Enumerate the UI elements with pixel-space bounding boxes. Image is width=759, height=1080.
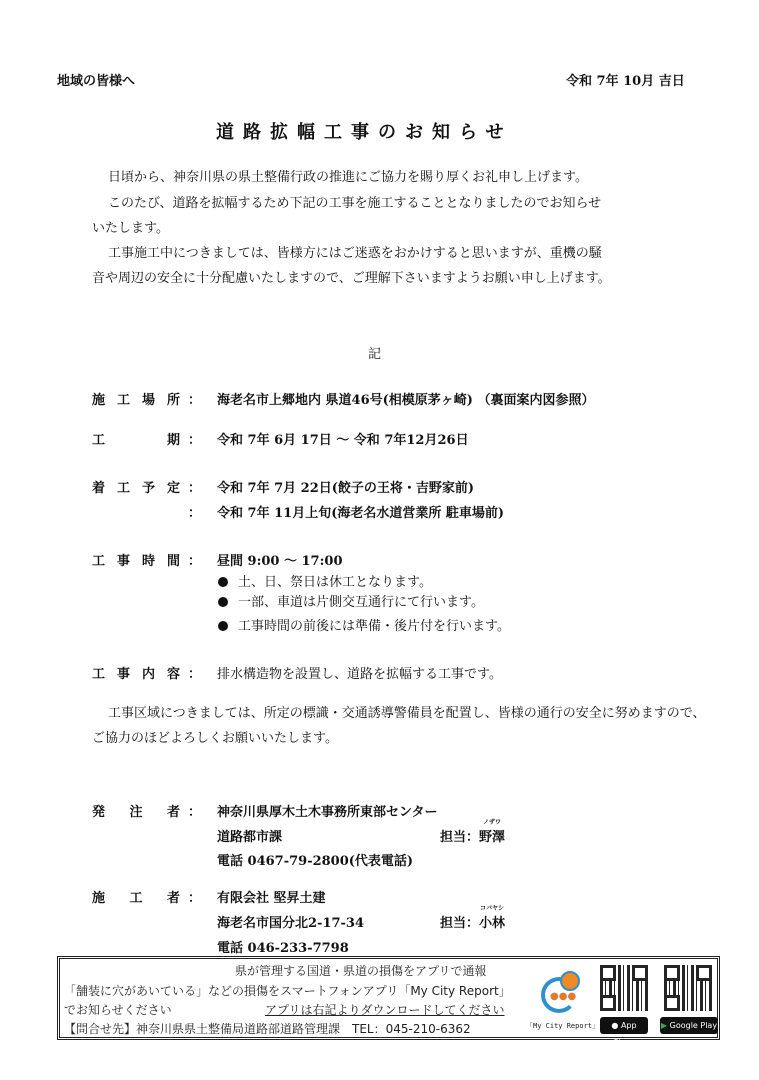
hours-bullet-2: 一部、車道は片側交互通行にて行います。 [218,591,484,610]
orderer-phone: 電話 0467-79-2800(代表電話) [217,850,413,869]
hours-bullet-3: 工事時間の前後には準備・後片付を行います。 [218,615,510,634]
detail-content: 工事内容 ： 排水構造物を設置し、道路を拡幅する工事です。 [92,663,712,682]
location-value: 海老名市上郷地内 県道46号(相模原茅ヶ崎) （裏面案内図参照） [217,389,594,408]
intro-line-1: 日頃から、神奈川県の県土整備行政の推進にご協力を賜り厚くお礼申し上げます。 [108,166,588,185]
contractor-org: 有限会社 堅昇土建 [217,887,326,906]
banner-heading: 県が管理する国道・県道の損傷をアプリで通報 [235,962,487,979]
content-value: 排水構造物を設置し、道路を拡幅する工事です。 [217,663,502,682]
colon: ： [188,801,201,820]
intro-line-2: このたび、道路を拡幅するため下記の工事を施工することとなりましたのでお知らせ [108,192,601,211]
google-play-button[interactable]: ▶ Google Play [660,1017,718,1034]
colon: ： [188,429,201,448]
issue-date: 令和 7年 10月 吉日 [566,70,685,89]
location-label: 施工場所 [92,389,180,408]
orderer-dept: 道路都市課 [217,826,282,845]
hours-value: 昼間 9:00 ～ 17:00 [217,550,343,569]
orderer-label: 発注者 [92,801,180,820]
contact-name-text: 野澤 [479,830,505,845]
qr-code-google-play-icon[interactable] [664,965,712,1011]
app-report-banner: 県が管理する国道・県道の損傷をアプリで通報 「舗装に穴があいている」などの損傷を… [57,956,720,1040]
bullet-text: 一部、車道は片側交互通行にて行います。 [238,595,484,610]
closing-line-1: 工事区域につきましては、所定の標識・交通誘導警備員を配置し、皆様の通行の安全に努… [108,702,705,721]
start-label: 着工予定 [92,477,180,496]
apple-icon: ● [611,1021,618,1030]
play-icon: ▶ [661,1021,667,1030]
contractor-label: 施工者 [92,887,180,906]
colon: ： [188,887,201,906]
hours-label: 工事時間 [92,550,180,569]
contractor-phone: 電話 046-233-7798 [217,937,349,956]
app-name: 「My City Report」 [526,1021,599,1031]
intro-line-5: 音や周辺の安全に十分配慮いたしますので、ご理解下さいますようお願い申し上げます。 [92,267,611,286]
contractor-address: 海老名市国分北2-17-34 [217,912,364,931]
intro-line-3: いたします。 [92,217,169,236]
contractor-contact: 担当：コバヤシ小林 [440,912,505,931]
closing-line-2: ご協力のほどよろしくお願いいたします。 [92,727,338,746]
orderer-contact: 担当：ノザワ野澤 [440,826,505,845]
banner-contact: 【問合せ先】神奈川県県土整備局道路部道路管理課 TEL：045-210-6362 [64,1020,471,1037]
contact-name: ノザワ野澤 [479,826,505,845]
contact-name: コバヤシ小林 [479,912,505,931]
contact-name-text: 小林 [479,916,505,931]
bullet-icon [218,621,228,631]
orderer-block: 発注者 ： 神奈川県厚木土木事務所東部センター [92,801,712,820]
intro-line-4: 工事施工中につきましては、皆様方にはご迷惑をおかけすると思いますが、重機の騒 [108,242,602,261]
banner-line-2a: でお知らせください [64,1001,172,1018]
detail-start: 着工予定 ： 令和 7年 7月 22日(餃子の王将・吉野家前) [92,477,712,496]
contact-ruby: ノザワ [479,817,505,826]
content-label: 工事内容 [92,663,180,682]
ki-heading: 記 [368,343,381,362]
detail-hours: 工事時間 ： 昼間 9:00 ～ 17:00 [92,550,712,569]
start-value-1: 令和 7年 7月 22日(餃子の王将・吉野家前) [217,477,474,496]
app-store-button[interactable]: ● App Store [600,1017,648,1034]
contact-label: 担当： [440,916,479,931]
bullet-text: 工事時間の前後には準備・後片付を行います。 [238,619,510,634]
colon: ： [188,502,201,521]
bullet-icon [218,577,228,587]
people-icon: ●●● [550,991,576,1002]
detail-period: 工期 ： 令和 7年 6月 17日 ～ 令和 7年12月26日 [92,429,712,448]
period-value: 令和 7年 6月 17日 ～ 令和 7年12月26日 [217,429,469,448]
qr-code-app-store-icon[interactable] [600,965,648,1011]
period-label: 工期 [92,429,180,448]
bullet-text: 土、日、祭日は休工となります。 [238,575,432,590]
contact-label: 担当： [440,830,479,845]
banner-line-1: 「舗装に穴があいている」などの損傷をスマートフォンアプリ「My City Rep… [64,982,511,999]
bullet-icon [218,597,228,607]
hours-bullet-1: 土、日、祭日は休工となります。 [218,571,432,590]
app-badge-icon [560,971,580,991]
orderer-org: 神奈川県厚木土木事務所東部センター [217,801,437,820]
colon: ： [188,389,201,408]
document-title: 道路拡幅工事のお知らせ [216,118,512,144]
contact-ruby: コバヤシ [479,903,505,912]
recipient: 地域の皆様へ [57,70,135,89]
detail-location: 施工場所 ： 海老名市上郷地内 県道46号(相模原茅ヶ崎) （裏面案内図参照） [92,389,712,408]
colon: ： [188,663,201,682]
start-value-2: 令和 7年 11月上旬(海老名水道営業所 駐車場前) [217,502,504,521]
google-play-label: Google Play [670,1021,717,1030]
colon: ： [188,550,201,569]
colon: ： [188,477,201,496]
contractor-block: 施工者 ： 有限会社 堅昇土建 [92,887,712,906]
banner-download-link[interactable]: アプリは右記よりダウンロードしてください [265,1001,505,1018]
